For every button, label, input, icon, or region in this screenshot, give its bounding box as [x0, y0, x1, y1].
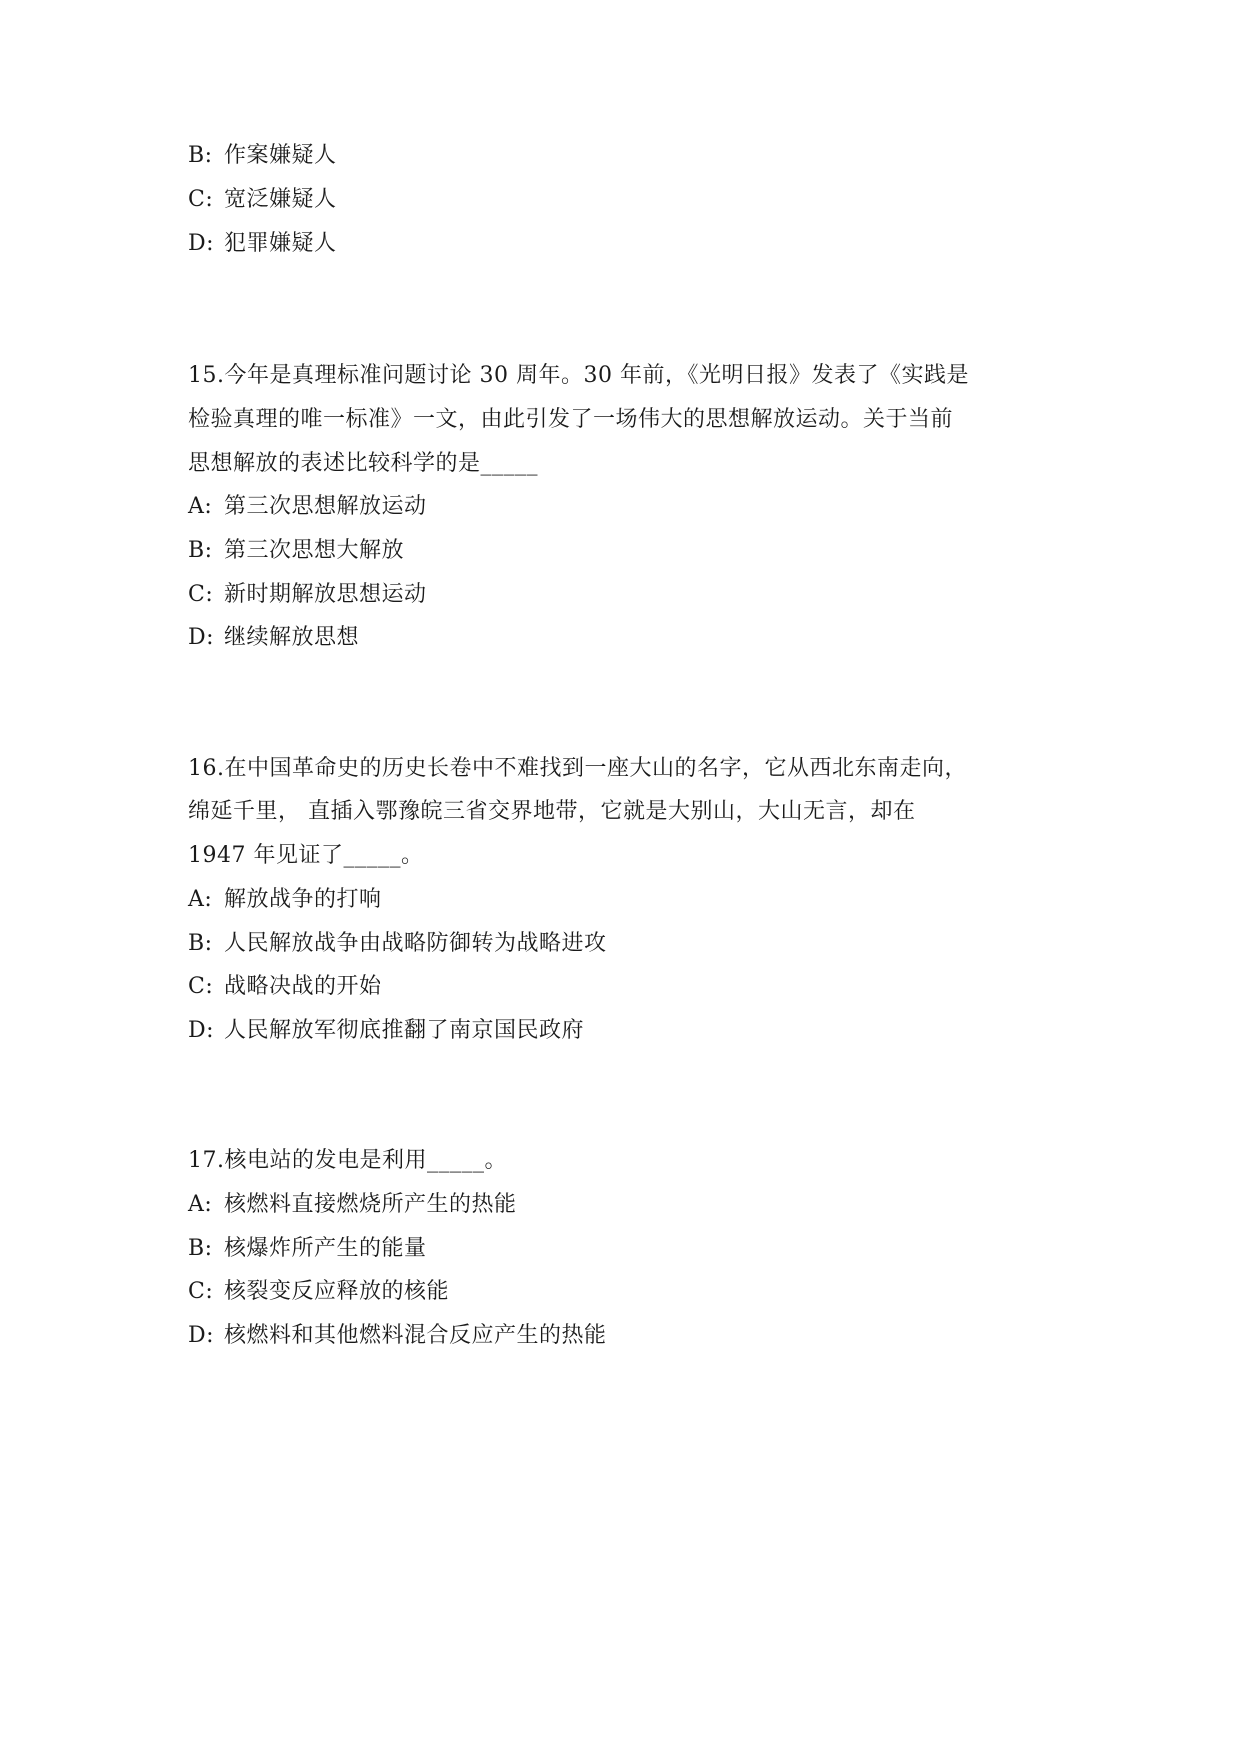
prev-option-d: D:犯罪嫌疑人	[188, 229, 337, 259]
question-16-option-b: B:人民解放战争由战略防御转为战略进攻	[188, 929, 607, 959]
prev-option-b: B:作案嫌疑人	[188, 141, 337, 171]
question-15-stem-line-1: 15.今年是真理标准问题讨论 30 周年。30 年前，《光明日报》发表了《实践是	[188, 361, 969, 391]
question-16-option-d: D:人民解放军彻底推翻了南京国民政府	[188, 1016, 584, 1046]
question-17-stem-line-1: 17.核电站的发电是利用_____。	[188, 1146, 507, 1176]
question-15-option-d: D:继续解放思想	[188, 623, 359, 653]
question-15-option-b: B:第三次思想大解放	[188, 536, 404, 566]
question-17-option-a: A:核燃料直接燃烧所产生的热能	[188, 1190, 517, 1220]
question-15-stem-line-2: 检验真理的唯一标准》一文，由此引发了一场伟大的思想解放运动。关于当前	[188, 405, 953, 435]
question-15-stem-line-3: 思想解放的表述比较科学的是_____	[188, 449, 538, 479]
question-17-option-c: C:核裂变反应释放的核能	[188, 1277, 449, 1307]
question-15-option-a: A:第三次思想解放运动	[188, 492, 427, 522]
question-16-stem-line-1: 16.在中国革命史的历史长卷中不难找到一座大山的名字，它从西北东南走向，	[188, 754, 967, 784]
question-15-option-c: C:新时期解放思想运动	[188, 580, 427, 610]
question-17-option-b: B:核爆炸所产生的能量	[188, 1234, 427, 1264]
prev-option-c: C:宽泛嫌疑人	[188, 185, 337, 215]
question-16-stem-line-2: 绵延千里， 直插入鄂豫皖三省交界地带，它就是大别山，大山无言，却在	[188, 797, 916, 827]
question-16-option-a: A:解放战争的打响	[188, 885, 382, 915]
question-16-option-c: C:战略决战的开始	[188, 972, 382, 1002]
question-16-stem-line-3: 1947 年见证了_____。	[188, 841, 423, 871]
question-17-option-d: D:核燃料和其他燃料混合反应产生的热能	[188, 1321, 607, 1351]
